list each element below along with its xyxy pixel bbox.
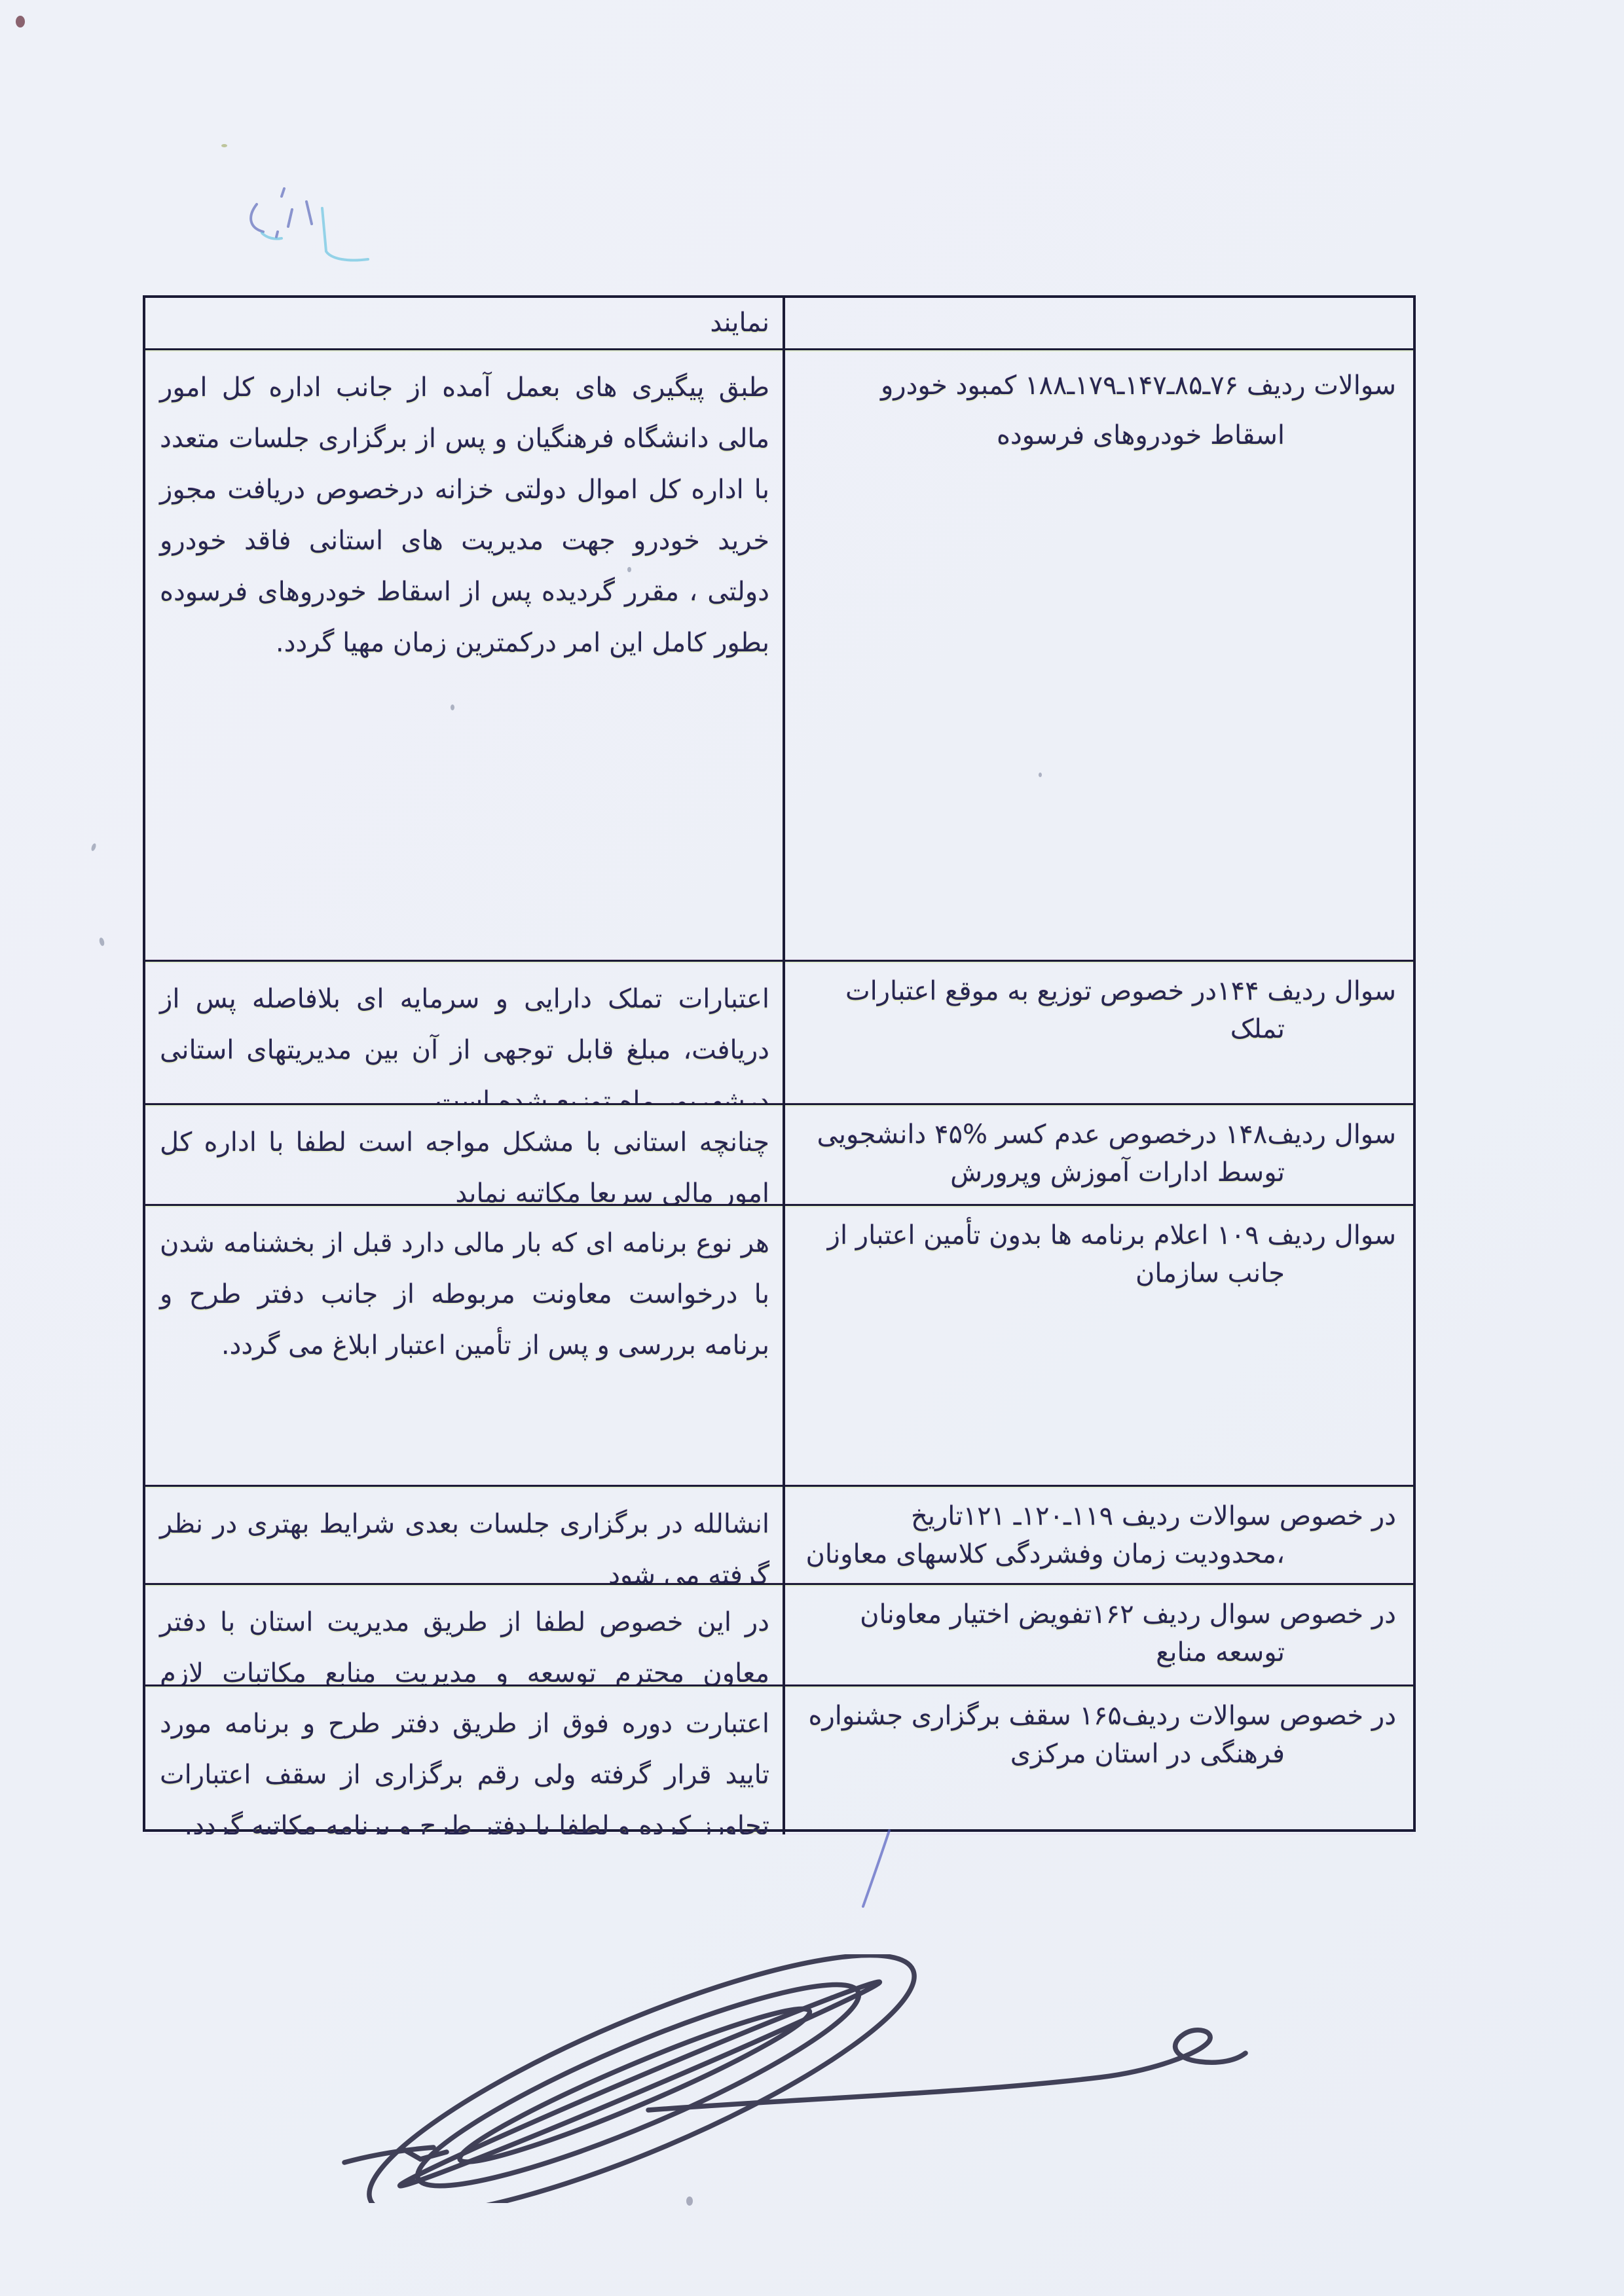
scan-speck: [686, 2196, 693, 2206]
scan-speck: [221, 144, 227, 147]
question-cell: در خصوص سوال ردیف ۱۶۲تفویض اختیار معاونا…: [783, 1585, 1413, 1685]
answer-cell: هر نوع برنامه ای که بار مالی دارد قبل از…: [145, 1206, 783, 1485]
pen-slash-below-table: [851, 1827, 904, 1912]
scan-speck: [90, 843, 97, 851]
question-cell: سوال ردیف ۱۴۴در خصوص توزیع به موقع اعتبا…: [783, 962, 1413, 1103]
table-row: در خصوص سوال ردیف ۱۶۲تفویض اختیار معاونا…: [145, 1583, 1413, 1685]
pen-mark-top-left: [229, 164, 373, 275]
scan-speck: [627, 567, 631, 572]
scan-speck: [451, 704, 454, 710]
table-row: سوال ردیف ۱۰۹ اعلام برنامه ها بدون تأمین…: [145, 1204, 1413, 1485]
scan-speck: [16, 16, 25, 27]
answer-cell: اعتبارت دوره فوق از طریق دفتر طرح و برنا…: [145, 1686, 783, 1834]
question-cell: سوالات ردیف ۷۶ـ۸۵ـ۱۴۷ـ۱۷۹ـ۱۸۸ کمبود خودر…: [783, 350, 1413, 960]
question-cell: در خصوص سوالات ردیف۱۶۵ سقف برگزاری جشنوا…: [783, 1686, 1413, 1834]
scanned-page: نمایند سوالات ردیف ۷۶ـ۸۵ـ۱۴۷ـ۱۷۹ـ۱۸۸ کمب…: [0, 0, 1624, 2296]
qa-table: نمایند سوالات ردیف ۷۶ـ۸۵ـ۱۴۷ـ۱۷۹ـ۱۸۸ کمب…: [143, 295, 1416, 1832]
table-row: سوال ردیف ۱۴۴در خصوص توزیع به موقع اعتبا…: [145, 960, 1413, 1103]
scan-speck: [1039, 773, 1042, 777]
answer-cell: انشالله در برگزاری جلسات بعدی شرایط بهتر…: [145, 1487, 783, 1583]
table-row: در خصوص سوالات ردیف۱۶۵ سقف برگزاری جشنوا…: [145, 1685, 1413, 1834]
signature: [282, 1954, 1297, 2203]
table-row-header: نمایند: [145, 298, 1413, 348]
answer-cell-header: نمایند: [145, 298, 783, 348]
answer-cell: چنانچه استانی با مشکل مواجه است لطفا با …: [145, 1105, 783, 1204]
answer-cell: در این خصوص لطفا از طریق مدیریت استان با…: [145, 1585, 783, 1685]
question-cell: سوال ردیف ۱۰۹ اعلام برنامه ها بدون تأمین…: [783, 1206, 1413, 1485]
scan-speck: [98, 937, 105, 946]
question-cell: سوال ردیف۱۴۸ درخصوص عدم کسر %۴۵ دانشجویی…: [783, 1105, 1413, 1204]
question-cell: در خصوص سوالات ردیف ۱۱۹ـ۱۲۰ـ ۱۲۱تاریخ ،م…: [783, 1487, 1413, 1583]
table-row: در خصوص سوالات ردیف ۱۱۹ـ۱۲۰ـ ۱۲۱تاریخ ،م…: [145, 1485, 1413, 1583]
table-row: سوالات ردیف ۷۶ـ۸۵ـ۱۴۷ـ۱۷۹ـ۱۸۸ کمبود خودر…: [145, 348, 1413, 960]
question-cell-header: [783, 298, 1413, 348]
answer-cell: طبق پیگیری های بعمل آمده از جانب اداره ک…: [145, 350, 783, 960]
answer-cell: اعتبارات تملک دارایی و سرمایه ای بلافاصل…: [145, 962, 783, 1103]
table-row: سوال ردیف۱۴۸ درخصوص عدم کسر %۴۵ دانشجویی…: [145, 1103, 1413, 1204]
